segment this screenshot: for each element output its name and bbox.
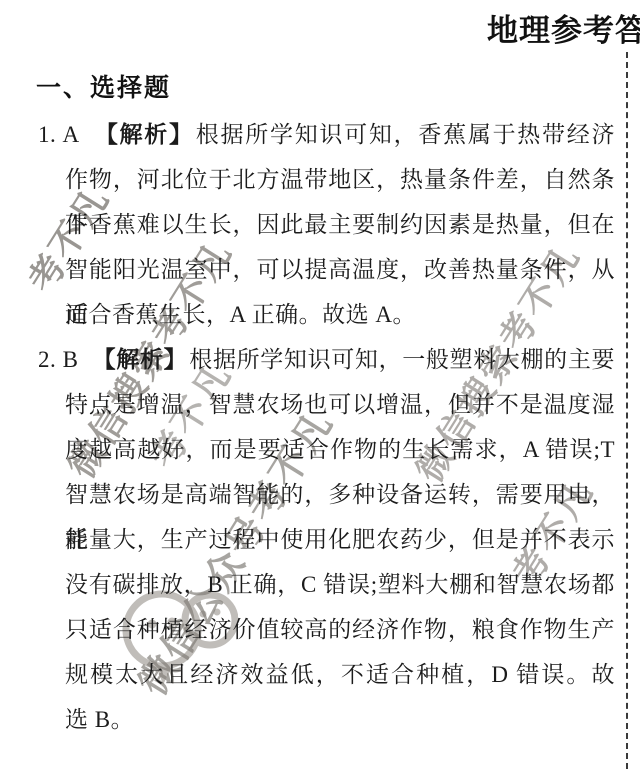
answer-line: 2. B【解析】根据所学知识可知，一般塑料大棚的主要	[38, 337, 615, 382]
answer-line: 智慧农场是高端智能的，多种设备运转，需要用电，耗	[38, 472, 615, 517]
page-edge-dashed-line	[626, 52, 628, 769]
answer-line: 选 B。	[38, 697, 615, 742]
answer-line: 只适合种植经济价值较高的经济作物，粮食作物生产	[38, 607, 615, 652]
answer-line: 没有碳排放，B 正确，C 错误;塑料大棚和智慧农场都	[38, 562, 615, 607]
answer-line: 1. A【解析】根据所学知识可知，香蕉属于热带经济	[38, 112, 615, 157]
answer-line: 作物，河北位于北方温带地区，热量条件差，自然条件	[38, 157, 615, 202]
answer-number: 2. B	[38, 347, 79, 372]
answer-line: 适合香蕉生长，A 正确。故选 A。	[38, 292, 615, 337]
jiexi-label: 【解析】	[93, 346, 188, 372]
answer-line: 度越高越好，而是要适合作物的生长需求，A 错误;T	[38, 427, 615, 472]
answer-line: 下香蕉难以生长，因此最主要制约因素是热量，但在	[38, 202, 615, 247]
answer-line: 智能阳光温室中，可以提高温度，改善热量条件，从而	[38, 247, 615, 292]
page-title: 地理参考答案	[487, 5, 640, 50]
answer-number: 1. A	[38, 122, 80, 147]
answer-text: 根据所学知识可知，香蕉属于热带经济	[196, 122, 615, 147]
answer-text: 根据所学知识可知，一般塑料大棚的主要	[189, 347, 615, 372]
answer-line: 规模太大且经济效益低，不适合种植，D 错误。故	[38, 652, 615, 697]
answer-item-2: 2. B【解析】根据所学知识可知，一般塑料大棚的主要 特点是增温，智慧农场也可以…	[38, 337, 615, 742]
jiexi-label: 【解析】	[94, 121, 194, 147]
scanned-answer-sheet-page: 考不凡 微信搜索考不凡 微信搜索考不凡 微信公众号考不凡 考不凡 考不凡 地理参…	[0, 0, 640, 769]
answer-line: 特点是增温，智慧农场也可以增温，但并不是温度湿	[38, 382, 615, 427]
answer-item-1: 1. A【解析】根据所学知识可知，香蕉属于热带经济 作物，河北位于北方温带地区，…	[38, 112, 615, 337]
answer-line: 能量大，生产过程中使用化肥农药少，但是并不表示	[38, 517, 615, 562]
section-heading: 一、选择题	[36, 68, 171, 104]
answers-content: 1. A【解析】根据所学知识可知，香蕉属于热带经济 作物，河北位于北方温带地区，…	[38, 112, 615, 742]
